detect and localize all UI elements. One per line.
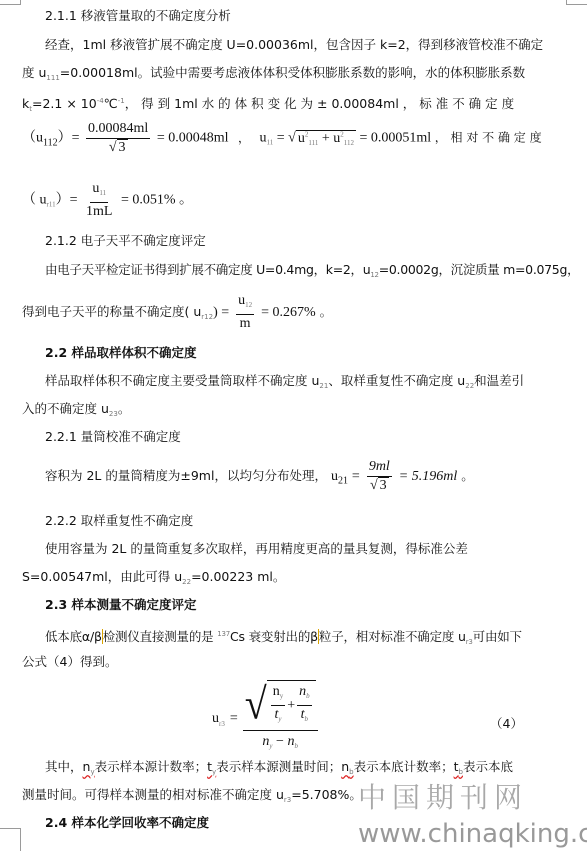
numerator: 9ml (367, 458, 392, 477)
text: 。 (118, 401, 131, 416)
paragraph-line: 低本底α/β检测仪直接测量的是 137Cs 衰变射出的β粒子，相对标准不确定度 … (45, 626, 522, 650)
heading-2-1-2: 2.1.2 电子天平不确定度评定 (45, 233, 206, 249)
numerator: nb (297, 683, 312, 706)
subscript: b (305, 715, 309, 723)
heading-2-4: 2.4 样本化学回收率不确定度 (45, 815, 209, 831)
text: =0.00223 ml。 (191, 569, 285, 584)
text: 和温差引 (474, 373, 524, 388)
superscript: 2 (305, 130, 309, 138)
fraction: ny ty (271, 683, 286, 728)
subscript: 111 (46, 74, 59, 82)
sqrt-radicand: ny ty + nb tb (267, 680, 316, 728)
paragraph-line: kt=2.1 × 10-4℃-1， 得 到 1ml 水 的 体 积 变 化 为 … (22, 93, 514, 117)
equation-ur12: 得到电子天平的称量不确定度( ur12) = u12 m = 0.267% 。 (22, 292, 332, 333)
subscript: 22 (182, 578, 191, 586)
subscript: 21 (319, 382, 328, 390)
subscript: r11 (47, 201, 56, 209)
eq-lhs-close: ）= (58, 131, 80, 146)
separator: ， (238, 131, 250, 145)
subscript: y (280, 692, 284, 700)
subscript: b (294, 742, 298, 750)
text: 由电子天平检定证书得到扩展不确定度 U=0.4mg，k=2，u (45, 262, 370, 277)
text: 表示样本源计数率； (95, 759, 208, 774)
text: S=0.00547ml，由此可得 u (22, 569, 182, 584)
denominator: 1mL (84, 203, 114, 221)
greek-beta: β (310, 629, 319, 644)
fraction: 0.00084ml √3 (86, 120, 150, 157)
equation-number: （4） (490, 714, 523, 732)
heading-2-3: 2.3 样本测量不确定度评定 (45, 597, 197, 613)
eq-equals: = √ (277, 131, 296, 146)
paragraph-line: 公式（4）得到。 (22, 654, 117, 670)
denominator: ty (272, 706, 283, 728)
text: 表示本底计数率； (354, 759, 454, 774)
equation-u21: 容积为 2L 的量筒精度为±9ml，以均匀分布处理， u21 = 9ml √3 … (45, 458, 474, 495)
text: 得到电子天平的称量不确定度( u (22, 304, 201, 319)
eq-lhs: u (212, 711, 219, 727)
text: + u (318, 131, 340, 146)
numerator: 0.00084ml (86, 120, 150, 139)
text: n (341, 759, 349, 774)
sqrt: √ ny ty + nb tb (245, 680, 316, 728)
spellcheck-word: nb (341, 759, 353, 774)
text: 容积为 2L 的量筒精度为±9ml，以均匀分布处理， (45, 468, 327, 483)
paragraph-line: 使用容量为 2L 的量筒重复多次取样，再用精度更高的量具复测，得标准公差 (45, 541, 468, 557)
superscript: 2 (340, 130, 344, 138)
text: 样品取样体积不确定度主要受量筒取样不确定度 u (45, 373, 319, 388)
text: − (273, 734, 288, 749)
numerator: √ ny ty + nb tb (243, 680, 318, 731)
fraction: u11 1mL (84, 180, 114, 221)
fraction: u12 m (236, 292, 254, 333)
sqrt-radicand: 3 (117, 139, 128, 155)
subscript: 112 (344, 139, 354, 147)
text: n (273, 684, 280, 699)
subscript: 11 (99, 189, 106, 197)
subscript: y (278, 715, 281, 723)
eq-result: = 5.196ml (399, 469, 457, 484)
spellcheck-word: ny (83, 759, 95, 774)
numerator: u11 (90, 180, 108, 203)
equation-ur11: （ ur11）= u11 1mL = 0.051% 。 (22, 180, 193, 221)
subscript: 112 (43, 138, 58, 149)
superscript: 137 (217, 630, 230, 638)
heading-2-2-1: 2.2.1 量筒校准不确定度 (45, 429, 181, 445)
text: 度 u (22, 65, 46, 80)
eq-lhs: （u (22, 131, 43, 146)
equation-ur3: ur3 = √ ny ty + nb tb ny − nb (212, 680, 318, 757)
text: 检测仪直接测量的是 (103, 629, 217, 644)
text: 表示样本源测量时间； (216, 759, 341, 774)
eq-result: = 0.267% (261, 305, 316, 320)
denominator: √3 (107, 139, 130, 157)
denominator: √3 (368, 477, 391, 495)
paragraph-line: 测量时间。可得样本测量的相对标准不确定度 ur3=5.708%。 (22, 787, 362, 808)
sqrt-radicand: 3 (378, 477, 389, 493)
watermark-logo-text: 中国期刊网 (358, 776, 528, 816)
text: ) = (213, 305, 229, 320)
heading-2-1-1: 2.1.1 移液管量取的不确定度分析 (45, 8, 231, 24)
subscript: r3 (219, 720, 225, 728)
fraction: nb tb (297, 683, 312, 728)
text: 入的不确定度 u (22, 401, 109, 416)
paragraph-line: 度 u111=0.00018ml。试验中需要考虑液体体积受体积膨胀系数的影响，水… (22, 65, 525, 86)
numerator: u12 (236, 292, 254, 315)
denominator: m (238, 315, 253, 333)
text: =2.1 × 10 (32, 96, 97, 111)
subscript: 11 (267, 139, 274, 147)
text: 测量时间。可得样本测量的相对标准不确定度 u (22, 787, 284, 802)
superscript: -4 (97, 97, 104, 105)
page-corner-marker (0, 0, 21, 5)
eq2-lhs: u (260, 131, 267, 146)
spellcheck-word: ty (207, 759, 216, 774)
equation-u112: （u112）= 0.00084ml √3 = 0.00048ml ， u11 =… (22, 120, 542, 157)
text: =0.00018ml。试验中需要考虑液体体积受体积膨胀系数的影响，水的体积膨胀系… (60, 65, 525, 80)
subscript: 111 (308, 139, 318, 147)
text: =0.0002g，沉淀质量 m=0.075g， (379, 262, 580, 277)
subscript: 21 (338, 476, 348, 487)
page-corner-marker (566, 0, 587, 5)
paragraph-line: S=0.00547ml，由此可得 u22=0.00223 ml。 (22, 569, 285, 590)
eq-result: = 0.00048ml (157, 131, 229, 146)
fraction: √ ny ty + nb tb ny − nb (243, 680, 318, 757)
subscript: r12 (201, 313, 213, 321)
text: 。 (461, 468, 474, 483)
text: =5.708%。 (291, 787, 362, 802)
numerator: ny (271, 683, 286, 706)
paragraph-line: 样品取样体积不确定度主要受量筒取样不确定度 u21、取样重复性不确定度 u22和… (45, 373, 524, 394)
text: 其中， (45, 759, 83, 774)
eq2-result: = 0.00051ml (360, 131, 432, 146)
text: 、取样重复性不确定度 u (328, 373, 465, 388)
fraction: 9ml √3 (367, 458, 392, 495)
paragraph-line: 由电子天平检定证书得到扩展不确定度 U=0.4mg，k=2，u12=0.0002… (45, 262, 579, 283)
heading-2-2: 2.2 样品取样体积不确定度 (45, 345, 197, 361)
radical-sign: √ (245, 682, 267, 726)
heading-2-2-2: 2.2.2 取样重复性不确定度 (45, 513, 193, 529)
text: Cs 衰变射出的 (230, 629, 310, 644)
text: 低本底 (45, 629, 82, 644)
subscript: r3 (466, 638, 473, 646)
spellcheck-word: tb (454, 759, 463, 774)
text: 可由如下 (473, 629, 522, 644)
superscript: -1 (118, 97, 125, 105)
eq-result: = 0.051% (121, 193, 176, 208)
text: ， 相 对 不 确 定 度 (435, 131, 542, 145)
subscript: 12 (245, 301, 252, 309)
text: ℃ (104, 96, 118, 111)
denominator: tb (299, 706, 310, 728)
eq-lhs-close: ）= (56, 193, 78, 208)
eq-equals: = (352, 469, 360, 484)
subscript: 22 (465, 382, 474, 390)
text: 粒子，相对标准不确定度 u (319, 629, 466, 644)
text: ， 得 到 1ml 水 的 体 积 变 化 为 ± 0.00084ml ， 标 … (125, 96, 514, 111)
eq-lhs: u (331, 469, 338, 484)
greek-alpha-beta: α/β (82, 629, 103, 644)
text: 。 (320, 304, 333, 319)
text: 表示本底 (463, 759, 513, 774)
paragraph-line: 入的不确定度 u23。 (22, 401, 130, 422)
paragraph-line: 经查，1ml 移液管扩展不确定度 U=0.00036ml，包含因子 k=2，得到… (45, 37, 543, 53)
plus: + (287, 698, 295, 714)
eq-lhs: （ u (22, 193, 47, 208)
watermark-url: www.chinaqking.com (358, 819, 587, 849)
subscript: b (306, 692, 310, 700)
subscript: 23 (109, 410, 118, 418)
sqrt-radicand: u2111 + u2112 (296, 130, 356, 146)
page-corner-marker (0, 828, 21, 851)
text: 。 (179, 193, 193, 208)
subscript: 12 (370, 271, 378, 279)
denominator: ny − nb (260, 731, 300, 757)
eq-equals: = (230, 711, 238, 727)
text: u (298, 131, 305, 146)
